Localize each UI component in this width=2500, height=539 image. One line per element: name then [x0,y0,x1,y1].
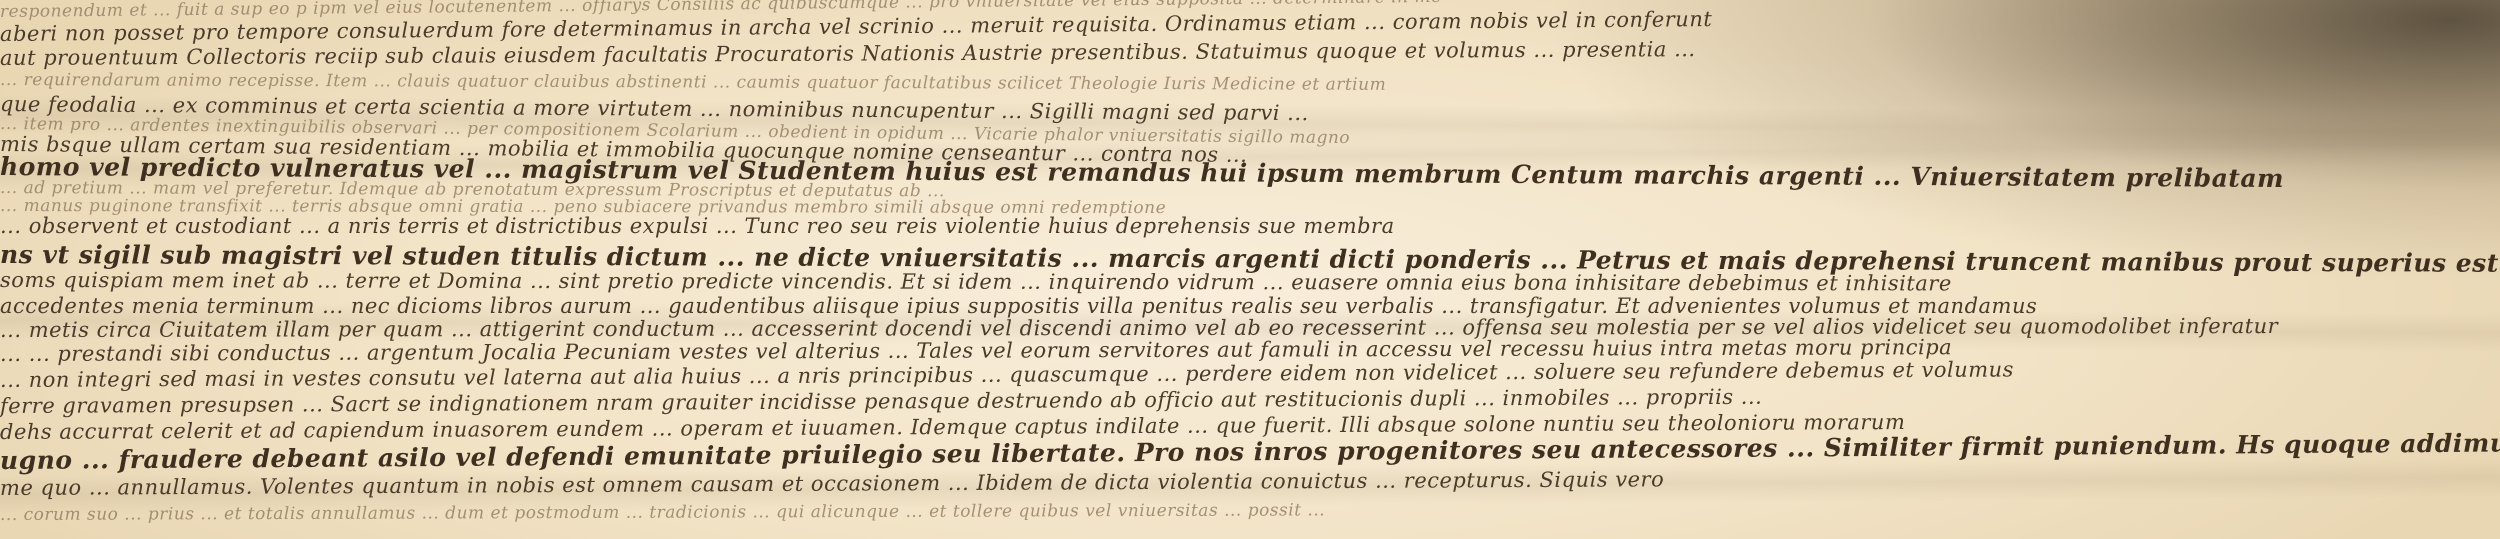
manuscript-line: soms quispiam mem inet ab ... terre et D… [0,268,1952,295]
manuscript-line: ... observent et custodiant ... a nris t… [0,214,1395,238]
manuscript-line: ... requirendarum animo recepisse. Item … [0,70,1386,95]
manuscript-photo: responendum et ... fuit a sup eo p ipm v… [0,0,2500,539]
manuscript-line: ... corum suo ... prius ... et totalis a… [0,500,1325,525]
